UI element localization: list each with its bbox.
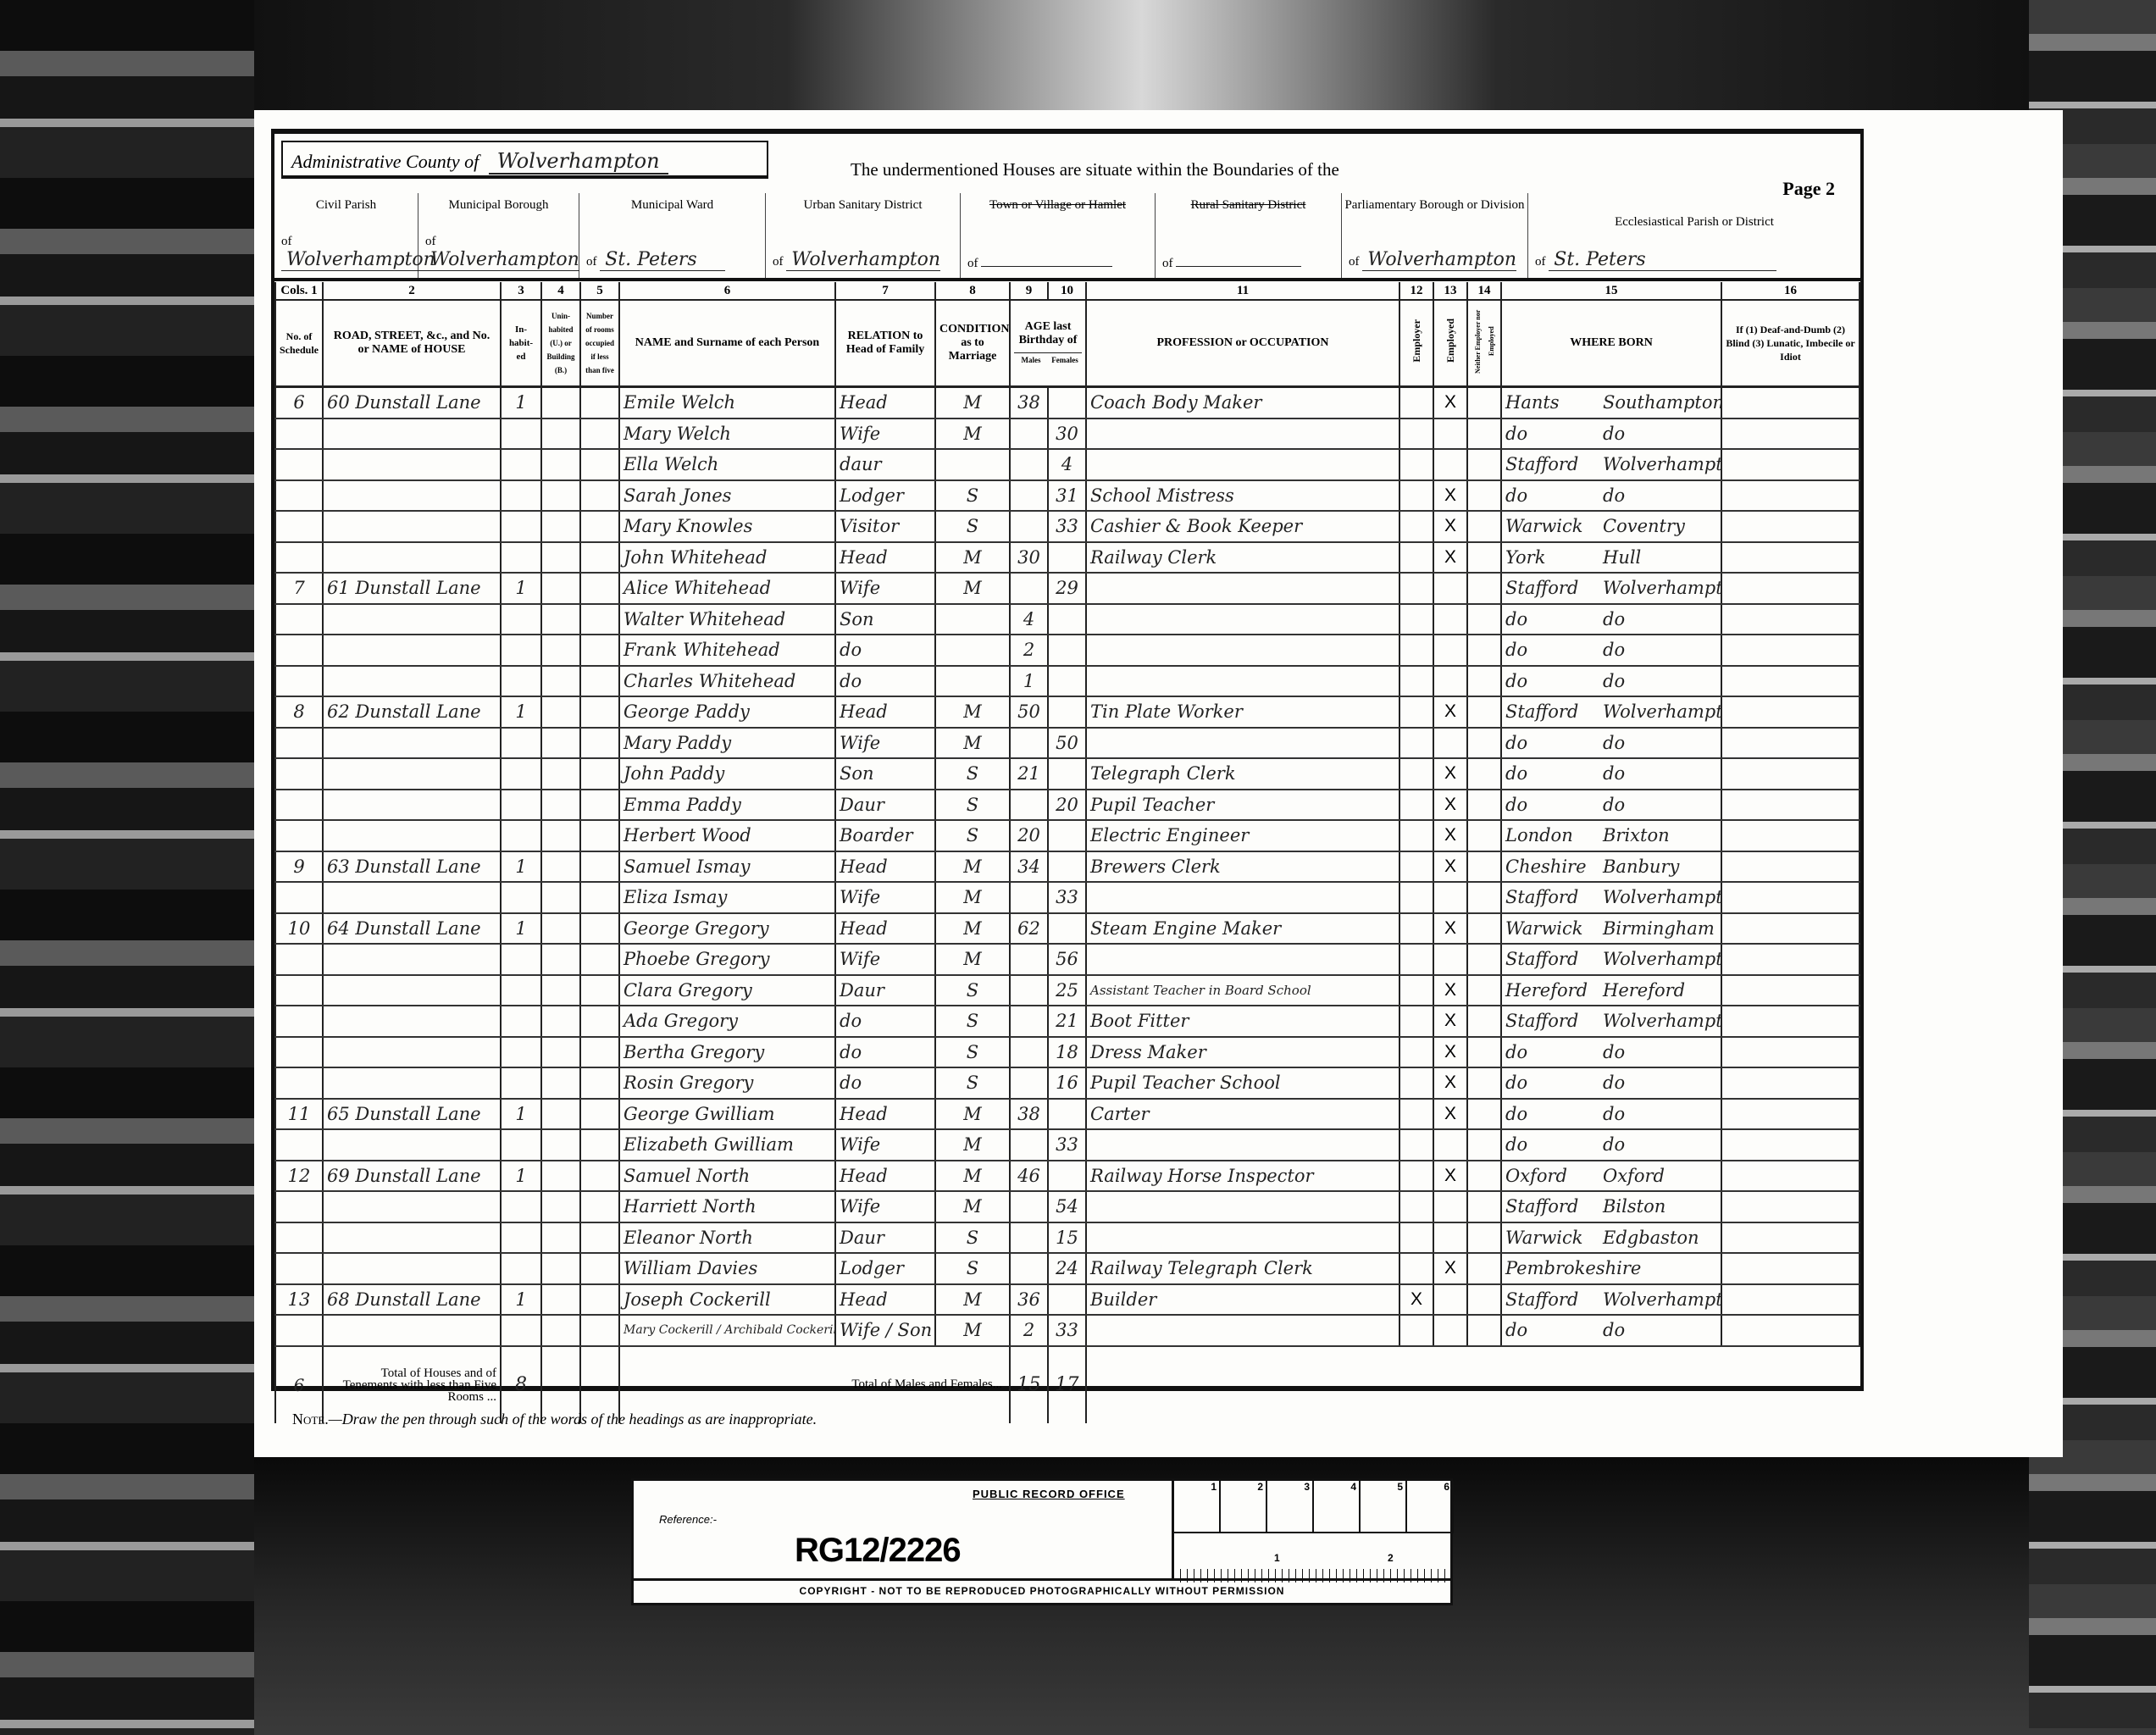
employed-mark [1433, 1129, 1467, 1161]
marital-condition: M [935, 728, 1010, 759]
table-row: 1165 Dunstall Lane1George GwilliamHeadM3… [275, 1099, 1859, 1130]
occupation: Cashier & Book Keeper [1086, 511, 1399, 542]
inhabited-count [501, 944, 541, 975]
born-county: Stafford [1505, 1289, 1603, 1310]
employer-mark [1399, 1067, 1433, 1099]
neither-mark [1467, 1315, 1501, 1346]
employer-mark [1399, 419, 1433, 450]
born-county: Stafford [1505, 578, 1603, 598]
house-address: 60 Dunstall Lane [323, 387, 501, 419]
infirmity [1721, 790, 1859, 821]
infirmity [1721, 1161, 1859, 1192]
occupation: Telegraph Clerk [1086, 758, 1399, 790]
schedule-number [275, 542, 323, 574]
infirmity [1721, 728, 1859, 759]
occupation: Dress Maker [1086, 1037, 1399, 1068]
house-address [323, 1191, 501, 1222]
house-address [323, 882, 501, 913]
infirmity [1721, 851, 1859, 883]
where-born: StaffordWolverhampton [1501, 944, 1721, 975]
table-row: Walter WhiteheadSon4dodo [275, 604, 1859, 635]
infirmity [1721, 944, 1859, 975]
born-place: Edgbaston [1603, 1228, 1699, 1248]
column-number-row: Cols. 12345 678910 111213141516 [275, 282, 1859, 300]
person-name: Phoebe Gregory [619, 944, 835, 975]
heading-employer: Employer [1410, 319, 1423, 363]
schedule-number [275, 975, 323, 1006]
rooms-count [580, 666, 619, 697]
occupation [1086, 604, 1399, 635]
age-female: 56 [1048, 944, 1086, 975]
house-address [323, 449, 501, 480]
uninhabited-count [541, 1284, 580, 1316]
administrative-county: Administrative County of Wolverhampton [281, 141, 768, 179]
infirmity [1721, 511, 1859, 542]
where-born: dodo [1501, 758, 1721, 790]
age-female [1048, 820, 1086, 851]
person-name: Ada Gregory [619, 1006, 835, 1037]
table-row: 1064 Dunstall Lane1George GregoryHeadM62… [275, 913, 1859, 945]
rooms-count [580, 511, 619, 542]
table-row: Sarah JonesLodgerS31School MistressXdodo [275, 480, 1859, 512]
inhabited-count: 1 [501, 1284, 541, 1316]
infirmity [1721, 573, 1859, 604]
occupation [1086, 635, 1399, 666]
where-born: WarwickEdgbaston [1501, 1222, 1721, 1254]
infirmity [1721, 604, 1859, 635]
relation-to-head: Head [835, 696, 935, 728]
neither-mark [1467, 666, 1501, 697]
house-address: 65 Dunstall Lane [323, 1099, 501, 1130]
age-male: 4 [1010, 604, 1048, 635]
employer-mark [1399, 666, 1433, 697]
employed-mark: X [1433, 1161, 1467, 1192]
infirmity [1721, 758, 1859, 790]
where-born: dodo [1501, 1037, 1721, 1068]
occupation [1086, 666, 1399, 697]
heading-where-born: WHERE BORN [1501, 300, 1721, 387]
born-place: Bilston [1603, 1196, 1665, 1217]
marital-condition: S [935, 820, 1010, 851]
employer-mark [1399, 851, 1433, 883]
age-male: 1 [1010, 666, 1048, 697]
schedule-number [275, 1067, 323, 1099]
infirmity [1721, 882, 1859, 913]
rooms-count [580, 975, 619, 1006]
age-female [1048, 1284, 1086, 1316]
rooms-count [580, 1067, 619, 1099]
males-total: 15 [1010, 1346, 1048, 1423]
uninhabited-count [541, 1099, 580, 1130]
employer-mark [1399, 573, 1433, 604]
born-place: Brixton [1603, 825, 1670, 845]
uninhabited-count [541, 542, 580, 574]
person-name: Clara Gregory [619, 975, 835, 1006]
employed-mark: X [1433, 913, 1467, 945]
occupation: School Mistress [1086, 480, 1399, 512]
age-male [1010, 511, 1048, 542]
employed-mark [1433, 1222, 1467, 1254]
table-row: Mary WelchWifeM30dodo [275, 419, 1859, 450]
uninhabited-count [541, 480, 580, 512]
neither-mark [1467, 449, 1501, 480]
relation-to-head: Head [835, 1284, 935, 1316]
employed-mark [1433, 1315, 1467, 1346]
occupation: Pupil Teacher [1086, 790, 1399, 821]
where-born: dodo [1501, 666, 1721, 697]
table-row: John WhiteheadHeadM30Railway ClerkXYorkH… [275, 542, 1859, 574]
house-address: 63 Dunstall Lane [323, 851, 501, 883]
born-county: Stafford [1505, 454, 1603, 474]
table-row: Bertha GregorydoS18Dress MakerXdodo [275, 1037, 1859, 1068]
born-place: Hereford [1603, 980, 1685, 1001]
rooms-count [580, 1129, 619, 1161]
born-place: do [1603, 733, 1625, 753]
schedule-number: 6 [275, 387, 323, 419]
marital-condition: M [935, 882, 1010, 913]
table-row: Eliza IsmayWifeM33StaffordWolverhampton [275, 882, 1859, 913]
person-name: George Gregory [619, 913, 835, 945]
reference-label: Reference:- [659, 1513, 717, 1526]
relation-to-head: Daur [835, 790, 935, 821]
infirmity [1721, 542, 1859, 574]
employed-mark: X [1433, 511, 1467, 542]
occupation: Boot Fitter [1086, 1006, 1399, 1037]
marital-condition: M [935, 1129, 1010, 1161]
born-place: do [1603, 671, 1625, 691]
inhabited-count: 1 [501, 851, 541, 883]
table-row: Mary Cockerill / Archibald CockerillWife… [275, 1315, 1859, 1346]
relation-to-head: do [835, 635, 935, 666]
employed-mark: X [1433, 480, 1467, 512]
neither-mark [1467, 387, 1501, 419]
house-address [323, 944, 501, 975]
employer-mark [1399, 944, 1433, 975]
marital-condition: M [935, 851, 1010, 883]
where-born: dodo [1501, 1315, 1721, 1346]
relation-to-head: Son [835, 604, 935, 635]
where-born: dodo [1501, 790, 1721, 821]
rooms-count [580, 913, 619, 945]
rooms-count [580, 419, 619, 450]
schedule-number: 10 [275, 913, 323, 945]
rooms-count [580, 387, 619, 419]
age-female: 33 [1048, 1315, 1086, 1346]
employed-mark: X [1433, 1006, 1467, 1037]
born-county: do [1505, 485, 1603, 506]
neither-mark [1467, 1161, 1501, 1192]
uninhabited-count [541, 1253, 580, 1284]
rooms-count [580, 758, 619, 790]
schedule-number [275, 1222, 323, 1254]
neither-mark [1467, 944, 1501, 975]
inhabited-count [501, 635, 541, 666]
heading-road: ROAD, STREET, &c., and No. or NAME of HO… [323, 300, 501, 387]
employed-mark: X [1433, 387, 1467, 419]
neither-mark [1467, 1006, 1501, 1037]
schedule-number [275, 635, 323, 666]
form-note: Note.—Draw the pen through such of the w… [292, 1411, 817, 1428]
uninhabited-count [541, 1161, 580, 1192]
rooms-count [580, 449, 619, 480]
infirmity [1721, 913, 1859, 945]
age-female [1048, 758, 1086, 790]
marital-condition: S [935, 1222, 1010, 1254]
born-place: Hull [1603, 547, 1641, 568]
infirmity [1721, 820, 1859, 851]
table-row: 660 Dunstall Lane1Emile WelchHeadM38Coac… [275, 387, 1859, 419]
relation-to-head: Head [835, 387, 935, 419]
schedule-number [275, 1191, 323, 1222]
marital-condition: S [935, 790, 1010, 821]
person-name: Eliza Ismay [619, 882, 835, 913]
relation-to-head: Wife / Son [835, 1315, 935, 1346]
where-born: WarwickBirmingham [1501, 913, 1721, 945]
inhabited-count [501, 1006, 541, 1037]
employed-mark: X [1433, 975, 1467, 1006]
relation-to-head: Boarder [835, 820, 935, 851]
infirmity [1721, 1315, 1859, 1346]
employed-mark [1433, 419, 1467, 450]
age-male: 38 [1010, 1099, 1048, 1130]
schedule-number: 12 [275, 1161, 323, 1192]
person-name: Charles Whitehead [619, 666, 835, 697]
marital-condition [935, 604, 1010, 635]
inhabited-count: 1 [501, 573, 541, 604]
infirmity [1721, 449, 1859, 480]
marital-condition [935, 449, 1010, 480]
born-place: Wolverhampton [1603, 578, 1721, 598]
occupation [1086, 573, 1399, 604]
infirmity [1721, 1129, 1859, 1161]
occupation: Coach Body Maker [1086, 387, 1399, 419]
rooms-count [580, 790, 619, 821]
occupation: Steam Engine Maker [1086, 913, 1399, 945]
employer-mark [1399, 511, 1433, 542]
where-born: YorkHull [1501, 542, 1721, 574]
column-heading-row: No. of Schedule ROAD, STREET, &c., and N… [275, 300, 1859, 387]
census-table: Cols. 12345 678910 111213141516 No. of S… [274, 282, 1860, 1423]
where-born: StaffordWolverhampton [1501, 449, 1721, 480]
occupation [1086, 728, 1399, 759]
employer-mark [1399, 542, 1433, 574]
infirmity [1721, 635, 1859, 666]
females-total: 17 [1048, 1346, 1086, 1423]
employed-mark [1433, 604, 1467, 635]
occupation [1086, 1315, 1399, 1346]
schedule-number [275, 882, 323, 913]
born-place: Wolverhampton [1603, 949, 1721, 969]
age-female [1048, 1161, 1086, 1192]
table-row: Ella Welchdaur4StaffordWolverhampton [275, 449, 1859, 480]
table-row: Phoebe GregoryWifeM56StaffordWolverhampt… [275, 944, 1859, 975]
schedule-number [275, 666, 323, 697]
schedule-number: 13 [275, 1284, 323, 1316]
marital-condition: S [935, 1253, 1010, 1284]
marital-condition: M [935, 1315, 1010, 1346]
person-name: Alice Whitehead [619, 573, 835, 604]
marital-condition: M [935, 944, 1010, 975]
born-place: Birmingham [1603, 918, 1715, 939]
employer-mark [1399, 1129, 1433, 1161]
rooms-count [580, 1037, 619, 1068]
age-male [1010, 944, 1048, 975]
uninhabited-count [541, 1315, 580, 1346]
jurisdiction-municipal-borough: Municipal Borough of Wolverhampton [418, 193, 579, 278]
infirmity [1721, 1253, 1859, 1284]
employer-mark [1399, 790, 1433, 821]
employer-mark [1399, 1161, 1433, 1192]
age-female [1048, 604, 1086, 635]
employer-mark [1399, 696, 1433, 728]
age-male [1010, 790, 1048, 821]
inhabited-count [501, 728, 541, 759]
house-address: 64 Dunstall Lane [323, 913, 501, 945]
employer-mark [1399, 1037, 1433, 1068]
occupation [1086, 882, 1399, 913]
house-address [323, 604, 501, 635]
neither-mark [1467, 1099, 1501, 1130]
infirmity [1721, 696, 1859, 728]
schedule-number [275, 480, 323, 512]
neither-mark [1467, 790, 1501, 821]
person-name: Frank Whitehead [619, 635, 835, 666]
where-born: StaffordWolverhampton [1501, 1006, 1721, 1037]
occupation: Brewers Clerk [1086, 851, 1399, 883]
heading-occupation: PROFESSION or OCCUPATION [1086, 300, 1399, 387]
inhabited-count [501, 1129, 541, 1161]
relation-to-head: do [835, 1067, 935, 1099]
age-male: 38 [1010, 387, 1048, 419]
born-place: Southampton [1603, 392, 1721, 413]
occupation [1086, 449, 1399, 480]
age-male [1010, 573, 1048, 604]
person-rows: 660 Dunstall Lane1Emile WelchHeadM38Coac… [275, 387, 1859, 1346]
employer-mark [1399, 1253, 1433, 1284]
inhabited-count [501, 449, 541, 480]
neither-mark [1467, 1253, 1501, 1284]
born-place: Coventry [1603, 516, 1685, 536]
inhabited-count [501, 790, 541, 821]
schedule-number [275, 1129, 323, 1161]
relation-to-head: Lodger [835, 480, 935, 512]
marital-condition [935, 666, 1010, 697]
uninhabited-count [541, 790, 580, 821]
schedule-number: 8 [275, 696, 323, 728]
house-address [323, 975, 501, 1006]
born-county: Warwick [1505, 1228, 1603, 1248]
employer-mark [1399, 1006, 1433, 1037]
age-female [1048, 913, 1086, 945]
neither-mark [1467, 975, 1501, 1006]
occupation [1086, 419, 1399, 450]
employed-mark [1433, 666, 1467, 697]
employed-mark: X [1433, 696, 1467, 728]
heading-schedule: No. of Schedule [275, 300, 323, 387]
employer-mark: X [1399, 1284, 1433, 1316]
person-name: Mary Knowles [619, 511, 835, 542]
where-born: dodo [1501, 1129, 1721, 1161]
neither-mark [1467, 1037, 1501, 1068]
admin-county-label: Administrative County of [291, 151, 479, 172]
inhabited-count [501, 511, 541, 542]
born-county: do [1505, 1320, 1603, 1340]
employed-mark [1433, 1191, 1467, 1222]
jurisdiction-town-village-hamlet: Town or Village or Hamlet of [961, 193, 1156, 278]
inhabited-count: 1 [501, 1099, 541, 1130]
relation-to-head: Head [835, 542, 935, 574]
age-female [1048, 851, 1086, 883]
person-name: Mary Welch [619, 419, 835, 450]
employer-mark [1399, 975, 1433, 1006]
employed-mark: X [1433, 1067, 1467, 1099]
born-county: Warwick [1505, 918, 1603, 939]
born-place: do [1603, 485, 1625, 506]
heading-condition: CONDITION as to Marriage [935, 300, 1010, 387]
jurisdiction-municipal-ward: Municipal Ward of St. Peters [579, 193, 766, 278]
table-row: 963 Dunstall Lane1Samuel IsmayHeadM34Bre… [275, 851, 1859, 883]
relation-to-head: Wife [835, 1191, 935, 1222]
relation-to-head: Wife [835, 573, 935, 604]
age-male: 30 [1010, 542, 1048, 574]
neither-mark [1467, 635, 1501, 666]
born-county: do [1505, 1134, 1603, 1155]
table-row: 1368 Dunstall Lane1Joseph CockerillHeadM… [275, 1284, 1859, 1316]
uninhabited-count [541, 1006, 580, 1037]
born-place: do [1603, 609, 1625, 629]
marital-condition: M [935, 542, 1010, 574]
neither-mark [1467, 1222, 1501, 1254]
employed-mark [1433, 944, 1467, 975]
born-county: York [1505, 547, 1603, 568]
jurisdiction-rural-sanitary-district: Rural Sanitary District of [1156, 193, 1342, 278]
inhabited-count [501, 480, 541, 512]
age-female: 4 [1048, 449, 1086, 480]
house-address [323, 758, 501, 790]
person-name: Elizabeth Gwilliam [619, 1129, 835, 1161]
occupation: Railway Horse Inspector [1086, 1161, 1399, 1192]
employed-mark [1433, 1284, 1467, 1316]
where-born: dodo [1501, 728, 1721, 759]
age-female: 33 [1048, 511, 1086, 542]
inhabited-count [501, 975, 541, 1006]
born-place: Wolverhampton [1603, 1011, 1721, 1031]
person-name: Harriett North [619, 1191, 835, 1222]
age-female: 24 [1048, 1253, 1086, 1284]
born-county: Oxford [1505, 1166, 1603, 1186]
boundary-title: The undermentioned Houses are situate wi… [851, 159, 1339, 180]
rooms-count [580, 728, 619, 759]
house-address [323, 635, 501, 666]
employed-mark: X [1433, 542, 1467, 574]
infirmity [1721, 1099, 1859, 1130]
house-address [323, 1315, 501, 1346]
age-female [1048, 542, 1086, 574]
person-name: Bertha Gregory [619, 1037, 835, 1068]
heading-relation: RELATION to Head of Family [835, 300, 935, 387]
born-place: do [1603, 1320, 1625, 1340]
age-female [1048, 1099, 1086, 1130]
schedule-number: 7 [275, 573, 323, 604]
uninhabited-count [541, 882, 580, 913]
age-male: 2 [1010, 635, 1048, 666]
relation-to-head: Wife [835, 1129, 935, 1161]
person-name: Emile Welch [619, 387, 835, 419]
table-row: Eleanor NorthDaurS15WarwickEdgbaston [275, 1222, 1859, 1254]
neither-mark [1467, 696, 1501, 728]
rooms-count [580, 1253, 619, 1284]
rooms-count [580, 820, 619, 851]
